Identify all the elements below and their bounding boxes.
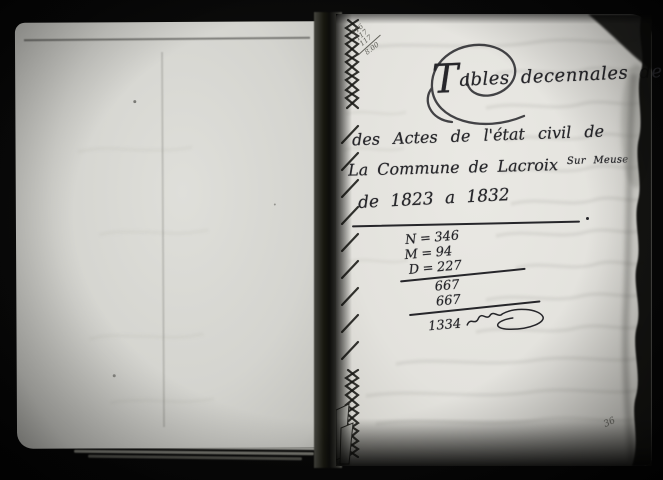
- equals-sign: =: [417, 245, 436, 262]
- equals-sign: =: [419, 260, 438, 277]
- page-center-crease: [161, 52, 165, 427]
- left-page: [15, 21, 321, 449]
- equals-sign: =: [416, 231, 435, 248]
- page-shadow-bottom: [336, 418, 652, 466]
- paper-speck: [133, 100, 136, 103]
- stats-block: N = 346 M = 94 D = 227 667 667 1334: [394, 218, 583, 342]
- stat-value: 346: [434, 228, 460, 245]
- page-top-crease: [24, 37, 310, 41]
- bleedthrough-ghost-writing: [15, 21, 333, 475]
- title-initial: T: [431, 56, 460, 103]
- commune-name: La Commune de Lacroix: [348, 155, 558, 179]
- gutter-shadow: [336, 14, 352, 466]
- page-edge-line: [88, 455, 302, 461]
- total-value: 1334: [428, 317, 462, 335]
- paper-speck: [113, 374, 116, 377]
- stat-label: D: [397, 262, 420, 279]
- right-page: 416 117 117 8.00 Tables decennales de de…: [336, 14, 652, 466]
- title-line-3: La Commune de Lacroix Sur Meuse: [348, 153, 629, 179]
- paper-speck: [274, 203, 276, 205]
- page-stack-edges: [58, 446, 326, 464]
- title-line-4-years: de 1823 a 1832: [358, 185, 511, 213]
- ink-dot: [586, 217, 589, 220]
- commune-suffix: Sur Meuse: [567, 154, 629, 167]
- stat-value: 227: [436, 258, 462, 275]
- page-shadow-top: [336, 14, 652, 24]
- title-line-2: des Actes de l'état civil de: [352, 122, 605, 150]
- book-scan-photo: 416 117 117 8.00 Tables decennales de de…: [0, 0, 663, 480]
- stat-value: 94: [435, 244, 453, 260]
